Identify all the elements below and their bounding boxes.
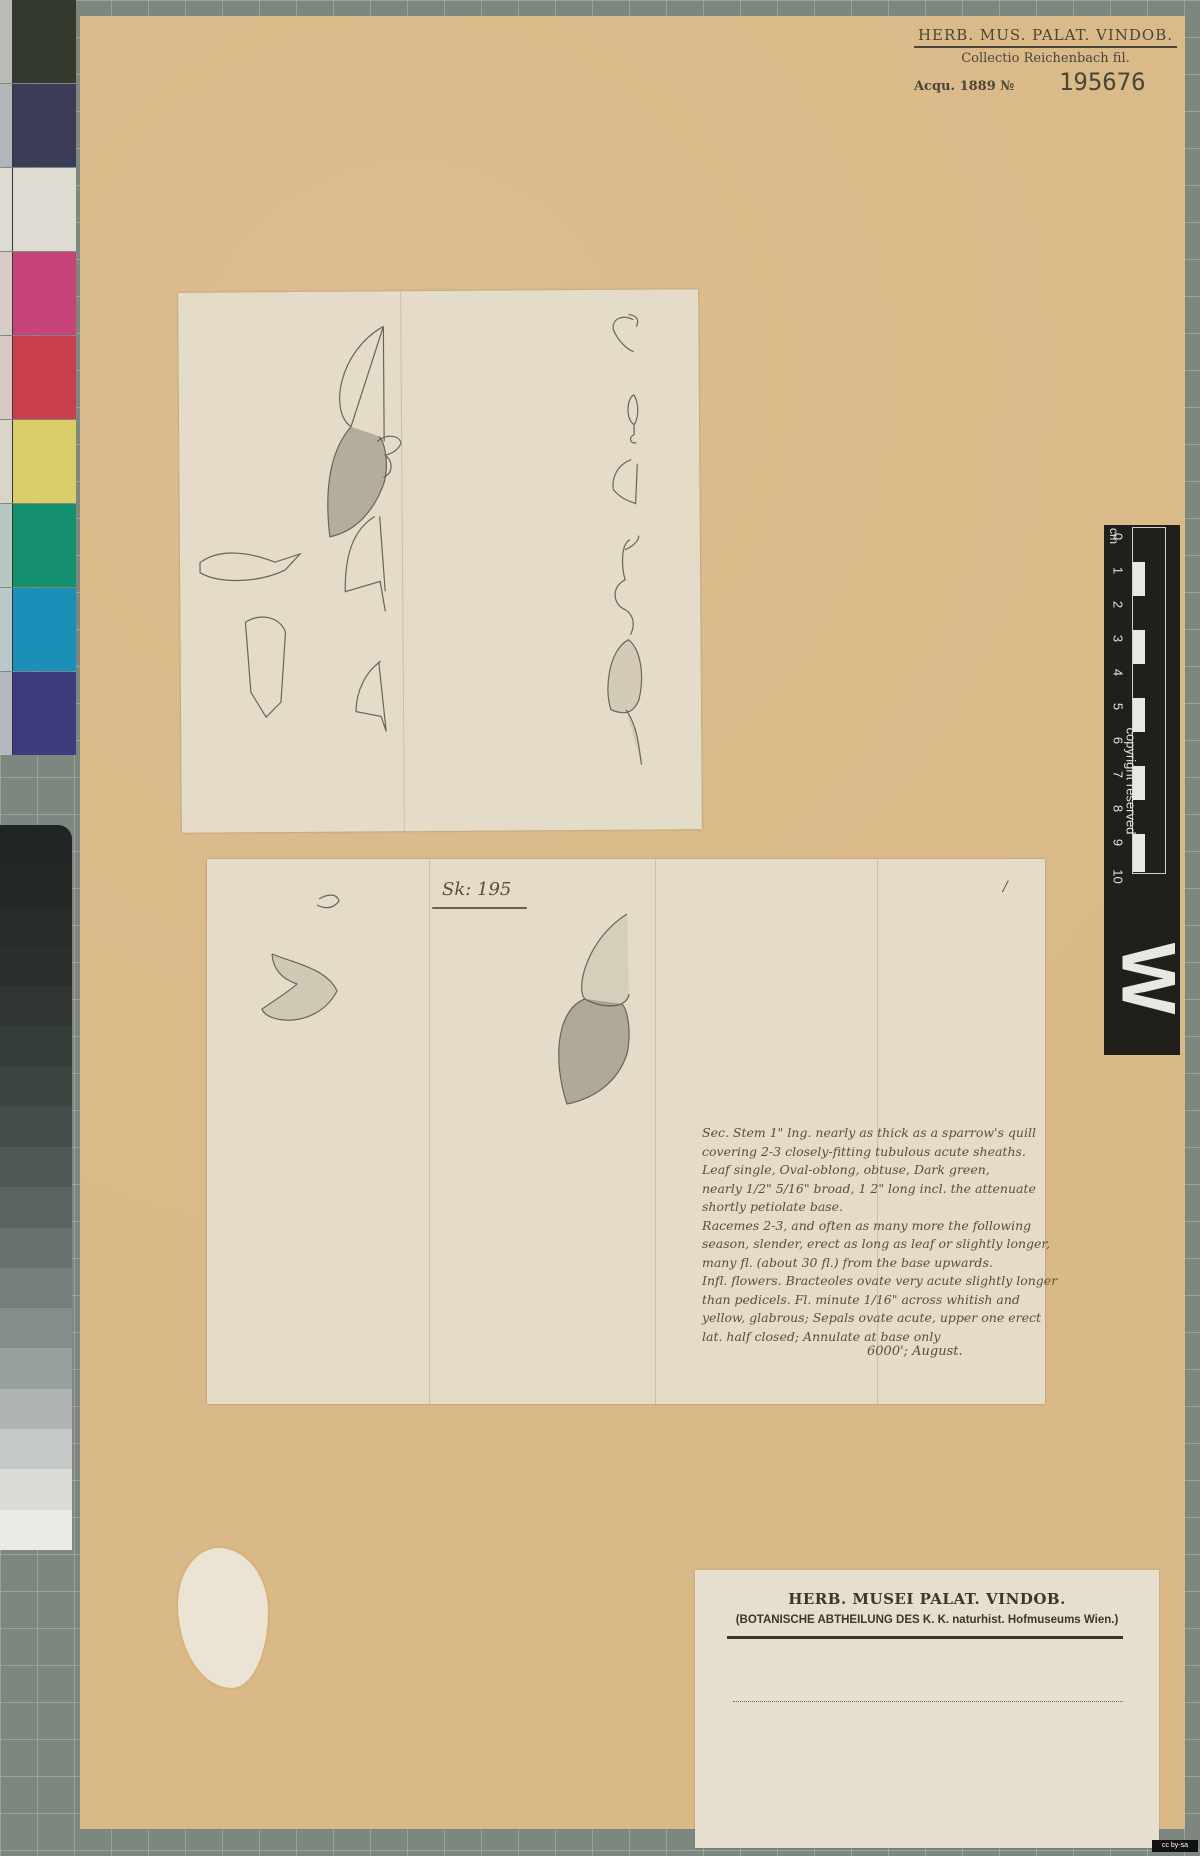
orchid-sketches-1 (178, 289, 702, 833)
color-calibration-chart (0, 0, 76, 760)
note-line: than pedicels. Fl. minute 1/16" across w… (702, 1291, 1102, 1310)
note-line: shortly petiolate base. (702, 1198, 1102, 1217)
gray-step (0, 1348, 72, 1388)
herbarium-mount-sheet: HERB. MUS. PALAT. VINDOB. Collectio Reic… (80, 16, 1185, 1829)
license-badge: cc by-sa (1152, 1840, 1198, 1852)
note-line: nearly 1/2" 5/16" broad, 1 2" long incl.… (702, 1180, 1102, 1199)
color-swatch-blue (0, 672, 76, 755)
stamp-collection: Collectio Reichenbach fil. (914, 51, 1177, 66)
color-swatch-white (0, 168, 76, 251)
color-swatch-cyan (0, 588, 76, 671)
color-swatch-navy (0, 84, 76, 167)
gray-step (0, 825, 72, 865)
gray-step (0, 946, 72, 986)
accession-number: 195676 (1059, 68, 1146, 96)
gray-step (0, 1510, 72, 1550)
label-subtitle: (BOTANISCHE ABTHEILUNG DES K. K. naturhi… (695, 1614, 1159, 1626)
grayscale-calibration-strip (0, 825, 72, 1550)
note-line: season, slender, erect as long as leaf o… (702, 1235, 1102, 1254)
gray-step (0, 865, 72, 905)
tick-4: 4 (1111, 663, 1126, 683)
note-line: Sec. Stem 1" lng. nearly as thick as a s… (702, 1124, 1102, 1143)
accession-stamp: HERB. MUS. PALAT. VINDOB. Collectio Reic… (914, 26, 1177, 96)
color-swatch-red (0, 336, 76, 419)
gray-step (0, 906, 72, 946)
note-line: Racemes 2-3, and often as many more the … (702, 1217, 1102, 1236)
altitude-date: 6000'; August. (867, 1344, 963, 1359)
gray-step (0, 1107, 72, 1147)
gray-step (0, 1268, 72, 1308)
handwritten-notes: Sec. Stem 1" lng. nearly as thick as a s… (702, 1124, 1102, 1346)
note-line: Leaf single, Oval-oblong, obtuse, Dark g… (702, 1161, 1102, 1180)
color-swatch-green (0, 504, 76, 587)
gray-step (0, 1469, 72, 1509)
gray-step (0, 1228, 72, 1268)
institution-logo: W (1104, 943, 1191, 1015)
stamp-accession: Acqu. 1889 № 195676 (914, 68, 1177, 96)
tick-1: 1 (1111, 561, 1126, 581)
note-line: many fl. (about 30 fl.) from the base up… (702, 1254, 1102, 1273)
color-swatch-black (0, 0, 76, 83)
stamp-title: HERB. MUS. PALAT. VINDOB. (914, 26, 1177, 48)
gray-step (0, 1067, 72, 1107)
note-line: Infl. flowers. Bracteoles ovate very acu… (702, 1272, 1102, 1291)
institution-label: HERB. MUSEI PALAT. VINDOB. (BOTANISCHE A… (695, 1570, 1159, 1848)
determination-line (733, 1701, 1123, 1702)
color-swatch-magenta (0, 252, 76, 335)
drawing-sheet-2: Sk: 195 / Sec. Stem 1" lng. nearly as th… (207, 859, 1045, 1404)
tick-3: 3 (1111, 629, 1126, 649)
scale-ruler: cm 0 1 2 3 4 5 6 7 8 9 10 copyright rese… (1104, 525, 1180, 1055)
orchid-sketches-2 (207, 859, 1045, 1119)
gray-step (0, 1187, 72, 1227)
glue-stain (178, 1548, 268, 1688)
note-line: yellow, glabrous; Sepals ovate acute, up… (702, 1309, 1102, 1328)
color-swatch-yellow (0, 420, 76, 503)
gray-step (0, 1308, 72, 1348)
gray-step (0, 1026, 72, 1066)
gray-step (0, 1429, 72, 1469)
tick-2: 2 (1111, 595, 1126, 615)
gray-step (0, 1147, 72, 1187)
label-title: HERB. MUSEI PALAT. VINDOB. (695, 1590, 1159, 1608)
tick-0: 0 (1111, 527, 1126, 547)
gray-step (0, 986, 72, 1026)
tick-5: 5 (1111, 697, 1126, 717)
gray-step (0, 1389, 72, 1429)
drawing-sheet-1 (178, 289, 702, 833)
label-rule (727, 1636, 1123, 1639)
note-line: covering 2-3 closely-fitting tubulous ac… (702, 1143, 1102, 1162)
copyright-text: copyright reserved (1124, 728, 1139, 878)
accession-label: Acqu. 1889 № (914, 79, 1014, 94)
